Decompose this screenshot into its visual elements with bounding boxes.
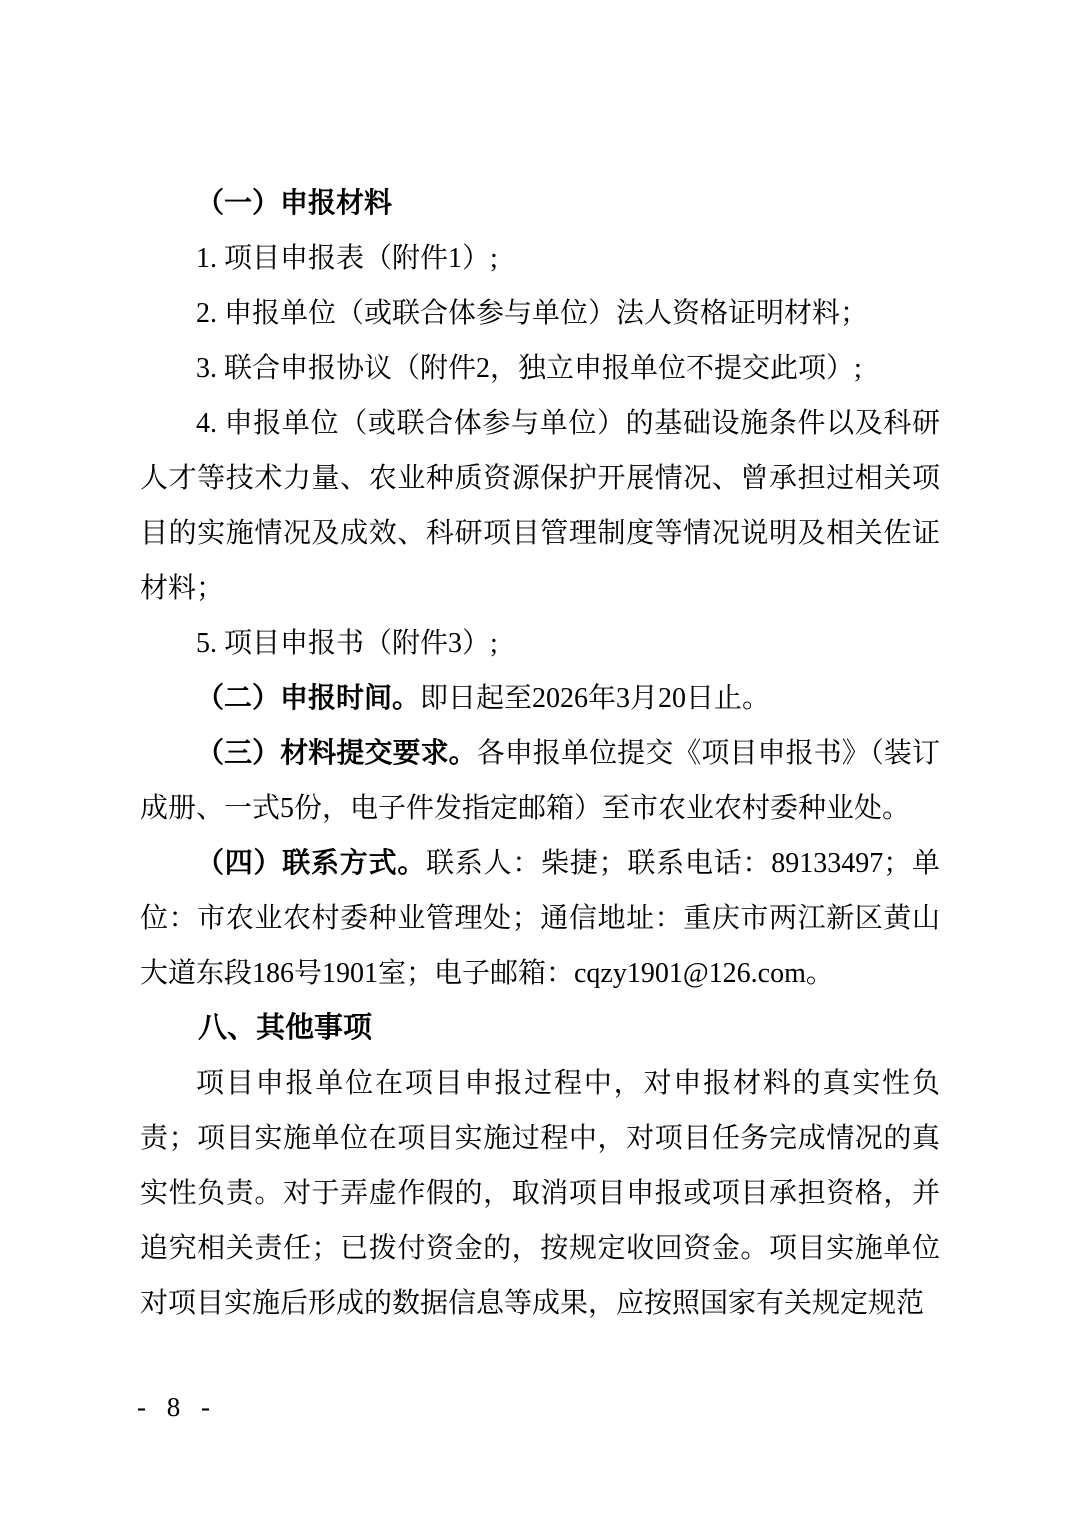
- subsection-heading-materials: （一）申报材料: [140, 176, 940, 231]
- document-body: （一）申报材料 1. 项目申报表（附件1）; 2. 申报单位（或联合体参与单位）…: [140, 176, 940, 1331]
- heading-text: （一）申报材料: [196, 188, 392, 219]
- list-item-4: 4. 申报单位（或联合体参与单位）的基础设施条件以及科研人才等技术力量、农业种质…: [140, 396, 940, 616]
- page-number: - 8 -: [137, 1392, 217, 1423]
- list-item-text: 4. 申报单位（或联合体参与单位）的基础设施条件以及科研人才等技术力量、农业种质…: [140, 408, 940, 604]
- section-heading-other-matters: 八、其他事项: [140, 1001, 940, 1056]
- list-item-1: 1. 项目申报表（附件1）;: [140, 231, 940, 286]
- list-item-text: 2. 申报单位（或联合体参与单位）法人资格证明材料；: [196, 298, 868, 329]
- para-text: 项目申报单位在项目申报过程中，对申报材料的真实性负责；项目实施单位在项目实施过程…: [140, 1068, 940, 1319]
- para-submission-requirements: （三）材料提交要求。各申报单位提交《项目申报书》（装订成册、一式5份，电子件发指…: [140, 726, 940, 836]
- list-item-5: 5. 项目申报书（附件3）;: [140, 616, 940, 671]
- para-text: 即日起至2026年3月20日止。: [420, 683, 770, 714]
- run-in-heading: （四）联系方式。: [196, 848, 426, 879]
- heading-text: 八、其他事项: [198, 1012, 372, 1044]
- list-item-text: 3. 联合申报协议（附件2，独立申报单位不提交此项）;: [196, 353, 862, 384]
- para-other-matters: 项目申报单位在项目申报过程中，对申报材料的真实性负责；项目实施单位在项目实施过程…: [140, 1056, 940, 1331]
- list-item-text: 1. 项目申报表（附件1）;: [196, 243, 498, 274]
- list-item-2: 2. 申报单位（或联合体参与单位）法人资格证明材料；: [140, 286, 940, 341]
- para-contact-info: （四）联系方式。联系人：柴捷；联系电话：89133497；单位：市农业农村委种业…: [140, 836, 940, 1001]
- document-page: （一）申报材料 1. 项目申报表（附件1）; 2. 申报单位（或联合体参与单位）…: [0, 0, 1074, 1520]
- run-in-heading: （三）材料提交要求。: [196, 738, 477, 769]
- list-item-3: 3. 联合申报协议（附件2，独立申报单位不提交此项）;: [140, 341, 940, 396]
- list-item-text: 5. 项目申报书（附件3）;: [196, 628, 498, 659]
- run-in-heading: （二）申报时间。: [196, 683, 420, 714]
- para-application-time: （二）申报时间。即日起至2026年3月20日止。: [140, 671, 940, 726]
